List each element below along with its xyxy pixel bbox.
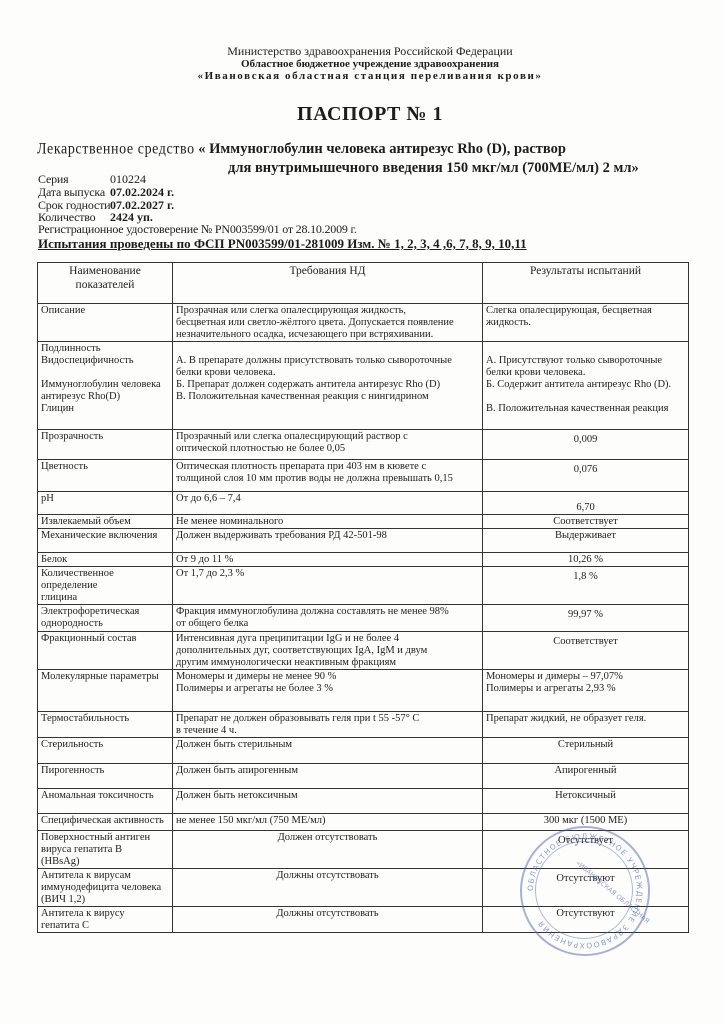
indicator-cell-line: Термостабильность (41, 713, 169, 725)
table-row: Молекулярные параметрыМономеры и димеры … (38, 670, 689, 712)
indicator-cell-line: Извлекаемый объем (41, 516, 169, 528)
requirement-cell: Должен отсутствовать (173, 831, 483, 869)
indicator-cell-line: Аномальная токсичность (41, 790, 169, 802)
result-cell-line: А. Присутствуют только сывороточные (486, 355, 685, 367)
indicator-cell-line: Фракционный состав (41, 633, 169, 645)
drug-label: Лекарственное средство (37, 141, 195, 159)
result-cell: Слегка опалесцирующая, бесцветнаяжидкост… (483, 304, 689, 342)
result-cell-line: белки крови человека. (486, 367, 685, 379)
table-row: КоличественноеопределениеглицинаОт 1,7 д… (38, 567, 689, 605)
table-row: БелокОт 9 до 11 %10,26 % (38, 553, 689, 567)
indicator-cell: Извлекаемый объем (38, 515, 173, 529)
indicator-cell-line: Количественное (41, 568, 169, 580)
requirement-cell: Оптическая плотность препарата при 403 н… (173, 460, 483, 492)
requirement-cell-line: другим иммунологически неактивным фракци… (176, 657, 479, 669)
requirement-cell-line: Должны отсутствовать (176, 908, 479, 920)
table-row: pHОт до 6,6 – 7,46,70 (38, 492, 689, 515)
table-row: ПрозрачностьПрозрачный или слегка опалес… (38, 430, 689, 460)
indicator-cell-line: определение (41, 580, 169, 592)
indicator-cell-line (41, 367, 169, 379)
requirement-cell: Должны отсутствовать (173, 869, 483, 907)
result-cell-line: 0,076 (486, 464, 685, 476)
indicator-cell: Белок (38, 553, 173, 567)
result-cell: 0,009 (483, 430, 689, 460)
requirement-cell-line: бесцветная или светло-жёлтого цвета. Доп… (176, 317, 479, 329)
requirement-cell: Фракция иммуноглобулина должна составлят… (173, 605, 483, 632)
drug-line-2: для внутримышечного введения 150 мкг/мл … (228, 160, 639, 177)
result-cell-line: жидкость. (486, 317, 685, 329)
indicator-cell: Стерильность (38, 738, 173, 764)
result-cell-line: 0,009 (486, 434, 685, 446)
indicator-cell-line: однородность (41, 618, 169, 630)
requirement-cell-line: Должны отсутствовать (176, 870, 479, 882)
table-row: Извлекаемый объемНе менее номинальногоСо… (38, 515, 689, 529)
indicator-cell-line: антирезус Rho(D) (41, 391, 169, 403)
requirement-cell-line: От 1,7 до 2,3 % (176, 568, 479, 580)
table-row: ОписаниеПрозрачная или слегка опалесциру… (38, 304, 689, 342)
requirement-cell-line: не менее 150 мкг/мл (750 МЕ/мл) (176, 815, 479, 827)
requirement-cell-line: Оптическая плотность препарата при 403 н… (176, 461, 479, 473)
indicator-cell-line: Пирогенность (41, 765, 169, 777)
result-cell: Соответствует (483, 515, 689, 529)
requirement-cell: Мономеры и димеры не менее 90 %Полимеры … (173, 670, 483, 712)
requirement-cell-line: От до 6,6 – 7,4 (176, 493, 479, 505)
table-row: Поверхностный антигенвируса гепатита В(H… (38, 831, 689, 869)
result-cell: 6,70 (483, 492, 689, 515)
result-cell: 10,26 % (483, 553, 689, 567)
indicator-cell: Механические включения (38, 529, 173, 553)
indicator-cell: Поверхностный антигенвируса гепатита В(H… (38, 831, 173, 869)
result-cell: Соответствует (483, 632, 689, 670)
table-row: Фракционный составИнтенсивная дуга преци… (38, 632, 689, 670)
result-cell-line: Выдерживает (486, 530, 685, 542)
indicator-cell-line: гепатита С (41, 920, 169, 932)
requirement-cell-line: от общего белка (176, 618, 479, 630)
indicator-cell: Фракционный состав (38, 632, 173, 670)
header-indicator: Наименование показателей (38, 263, 173, 304)
result-cell-line: Полимеры и агрегаты 2,93 % (486, 683, 685, 695)
requirement-cell-line: Должен быть апирогенным (176, 765, 479, 777)
requirement-cell-line: Должен быть нетоксичным (176, 790, 479, 802)
indicator-cell: pH (38, 492, 173, 515)
requirement-cell-line: Прозрачный или слегка опалесцирующий рас… (176, 431, 479, 443)
requirement-cell-line (176, 343, 479, 355)
indicator-cell-line: Прозрачность (41, 431, 169, 443)
requirement-cell-line: Полимеры и агрегаты не более 3 % (176, 683, 479, 695)
indicator-cell-line: (HBsAg) (41, 856, 169, 868)
result-cell: Препарат жидкий, не образует геля. (483, 712, 689, 738)
indicator-cell: Антитела к вирусугепатита С (38, 907, 173, 933)
indicator-cell-line: Электрофоретическая (41, 606, 169, 618)
requirement-cell: не менее 150 мкг/мл (750 МЕ/мл) (173, 814, 483, 831)
result-cell-line: 99,97 % (486, 609, 685, 621)
result-cell: Выдерживает (483, 529, 689, 553)
indicator-cell: Молекулярные параметры (38, 670, 173, 712)
result-cell: Стерильный (483, 738, 689, 764)
indicator-cell-line: Специфическая активность (41, 815, 169, 827)
header-results: Результаты испытаний (483, 263, 689, 304)
station-name: «Ивановская областная станция переливани… (8, 69, 724, 83)
indicator-cell-line: вируса гепатита В (41, 844, 169, 856)
requirement-cell-line: Мономеры и димеры не менее 90 % (176, 671, 479, 683)
requirement-cell-line: Не менее номинального (176, 516, 479, 528)
result-cell-line: Стерильный (486, 739, 685, 751)
result-cell-line: Отсутствуют (486, 873, 685, 885)
drug-line-1: Лекарственное средство « Иммуноглобулин … (37, 141, 566, 158)
indicator-cell-line: Описание (41, 305, 169, 317)
indicator-cell-line: Подлинность (41, 343, 169, 355)
table-row: ЦветностьОптическая плотность препарата … (38, 460, 689, 492)
test-results-table: Наименование показателей Требования НД Р… (37, 262, 689, 933)
result-cell-line: 6,70 (486, 502, 685, 514)
result-cell-line: В. Положительная качественная реакция (486, 403, 685, 415)
requirement-cell-line: толщиной слоя 10 мм против воды не должн… (176, 473, 479, 485)
result-cell-line (486, 391, 685, 403)
requirement-cell-line: незначительного осадка, исчезающего при … (176, 329, 479, 341)
requirement-cell: От 9 до 11 % (173, 553, 483, 567)
requirement-cell-line: Должен выдерживать требования РД 42-501-… (176, 530, 479, 542)
result-cell-line: Апирогенный (486, 765, 685, 777)
result-cell-line: Отсутствует (486, 835, 685, 847)
requirement-cell-line: Должен отсутствовать (176, 832, 479, 844)
indicator-cell-line: (ВИЧ 1,2) (41, 894, 169, 906)
requirement-cell-line: оптической плотностью не более 0,05 (176, 443, 479, 455)
drug-name: « Иммуноглобулин человека антирезус Rho … (198, 141, 566, 157)
result-cell-line: Препарат жидкий, не образует геля. (486, 713, 685, 725)
result-cell-line: Слегка опалесцирующая, бесцветная (486, 305, 685, 317)
table-row: СтерильностьДолжен быть стерильнымСтерил… (38, 738, 689, 764)
requirement-cell-line: Препарат не должен образовывать геля при… (176, 713, 479, 725)
result-cell: Отсутствует (483, 831, 689, 869)
indicator-cell-line: Иммуноглобулин человека (41, 379, 169, 391)
result-cell: 300 мкг (1500 МЕ) (483, 814, 689, 831)
requirement-cell-line: От 9 до 11 % (176, 554, 479, 566)
indicator-cell: Термостабильность (38, 712, 173, 738)
requirement-cell: От 1,7 до 2,3 % (173, 567, 483, 605)
requirement-cell: Должен быть нетоксичным (173, 789, 483, 814)
result-cell-line: Б. Содержит антитела антирезус Rho (D). (486, 379, 685, 391)
indicator-cell: Количественноеопределениеглицина (38, 567, 173, 605)
indicator-cell-line: Молекулярные параметры (41, 671, 169, 683)
result-cell-line: 1,8 % (486, 571, 685, 583)
requirement-cell: Прозрачный или слегка опалесцирующий рас… (173, 430, 483, 460)
requirement-cell: Должен быть стерильным (173, 738, 483, 764)
indicator-cell-line: Видоспецифичность (41, 355, 169, 367)
indicator-cell-line: глицина (41, 592, 169, 604)
table-row: Аномальная токсичностьДолжен быть нетокс… (38, 789, 689, 814)
requirement-cell-line: дополнительных дуг, соответствующих IgA,… (176, 645, 479, 657)
result-cell: Мономеры и димеры – 97,07%Полимеры и агр… (483, 670, 689, 712)
indicator-cell: Специфическая активность (38, 814, 173, 831)
registration-certificate: Регистрационное удостоверение № PN003599… (38, 222, 357, 237)
table-row: ТермостабильностьПрепарат не должен обра… (38, 712, 689, 738)
result-cell-line: 10,26 % (486, 554, 685, 566)
requirement-cell-line: А. В препарате должны присутствовать тол… (176, 355, 479, 367)
result-cell-line: Соответствует (486, 516, 685, 528)
indicator-cell: ПодлинностьВидоспецифичность Иммуноглобу… (38, 342, 173, 430)
indicator-cell: Цветность (38, 460, 173, 492)
indicator-cell-line: Цветность (41, 461, 169, 473)
result-cell-line: Мономеры и димеры – 97,07% (486, 671, 685, 683)
result-cell: 0,076 (483, 460, 689, 492)
indicator-cell: Пирогенность (38, 764, 173, 789)
result-cell: Апирогенный (483, 764, 689, 789)
requirement-cell: Интенсивная дуга преципитации IgG и не б… (173, 632, 483, 670)
result-cell: Отсутствуют (483, 869, 689, 907)
tests-statement: Испытания проведены по ФСП PN003599/01-2… (38, 236, 527, 252)
requirement-cell: Должен быть апирогенным (173, 764, 483, 789)
requirement-cell: Должен выдерживать требования РД 42-501-… (173, 529, 483, 553)
table-row: Механические включенияДолжен выдерживать… (38, 529, 689, 553)
indicator-cell: Прозрачность (38, 430, 173, 460)
requirement-cell-line: Б. Препарат должен содержать антитела ан… (176, 379, 479, 391)
requirement-cell: Не менее номинального (173, 515, 483, 529)
requirement-cell: Препарат не должен образовывать геля при… (173, 712, 483, 738)
result-cell: Отсутствуют (483, 907, 689, 933)
ministry-name: Министерство здравоохранения Российской … (8, 44, 724, 58)
table-row: ПирогенностьДолжен быть апирогеннымАпиро… (38, 764, 689, 789)
result-cell-line: Соответствует (486, 636, 685, 648)
table-header-row: Наименование показателей Требования НД Р… (38, 263, 689, 304)
indicator-cell-line: Белок (41, 554, 169, 566)
indicator-cell-line: Стерильность (41, 739, 169, 751)
requirement-cell-line: Должен быть стерильным (176, 739, 479, 751)
table-row: ЭлектрофоретическаяоднородностьФракция и… (38, 605, 689, 632)
requirement-cell-line: белки крови человека. (176, 367, 479, 379)
indicator-cell-line: иммунодефицита человека (41, 882, 169, 894)
indicator-cell-line: pH (41, 493, 169, 505)
header-requirements: Требования НД (173, 263, 483, 304)
indicator-cell-line: Антитела к вирусу (41, 908, 169, 920)
result-cell-line: Отсутствуют (486, 908, 685, 920)
result-cell: Нетоксичный (483, 789, 689, 814)
requirement-cell: От до 6,6 – 7,4 (173, 492, 483, 515)
indicator-cell: Антитела к вирусамиммунодефицита человек… (38, 869, 173, 907)
requirement-cell-line: в течение 4 ч. (176, 725, 479, 737)
result-cell: А. Присутствуют только сывороточныебелки… (483, 342, 689, 430)
requirement-cell: Прозрачная или слегка опалесцирующая жид… (173, 304, 483, 342)
indicator-cell-line: Глицин (41, 403, 169, 415)
indicator-cell: Электрофоретическаяоднородность (38, 605, 173, 632)
result-cell: 99,97 % (483, 605, 689, 632)
result-cell: 1,8 % (483, 567, 689, 605)
result-cell-line: Нетоксичный (486, 790, 685, 802)
indicator-cell-line: Поверхностный антиген (41, 832, 169, 844)
requirement-cell-line: Фракция иммуноглобулина должна составлят… (176, 606, 479, 618)
indicator-cell-line: Антитела к вирусам (41, 870, 169, 882)
requirement-cell-line: Прозрачная или слегка опалесцирующая жид… (176, 305, 479, 317)
requirement-cell-line: Интенсивная дуга преципитации IgG и не б… (176, 633, 479, 645)
indicator-cell: Описание (38, 304, 173, 342)
indicator-cell: Аномальная токсичность (38, 789, 173, 814)
requirement-cell: Должны отсутствовать (173, 907, 483, 933)
indicator-cell-line: Механические включения (41, 530, 169, 542)
requirement-cell-line: В. Положительная качественная реакция с … (176, 391, 479, 403)
result-cell-line: 300 мкг (1500 МЕ) (486, 815, 685, 827)
table-row: ПодлинностьВидоспецифичность Иммуноглобу… (38, 342, 689, 430)
requirement-cell: А. В препарате должны присутствовать тол… (173, 342, 483, 430)
document-title: ПАСПОРТ № 1 (8, 103, 724, 126)
table-row: Антитела к вирусугепатита СДолжны отсутс… (38, 907, 689, 933)
result-cell-line (486, 343, 685, 355)
table-row: Специфическая активностьне менее 150 мкг… (38, 814, 689, 831)
table-row: Антитела к вирусамиммунодефицита человек… (38, 869, 689, 907)
